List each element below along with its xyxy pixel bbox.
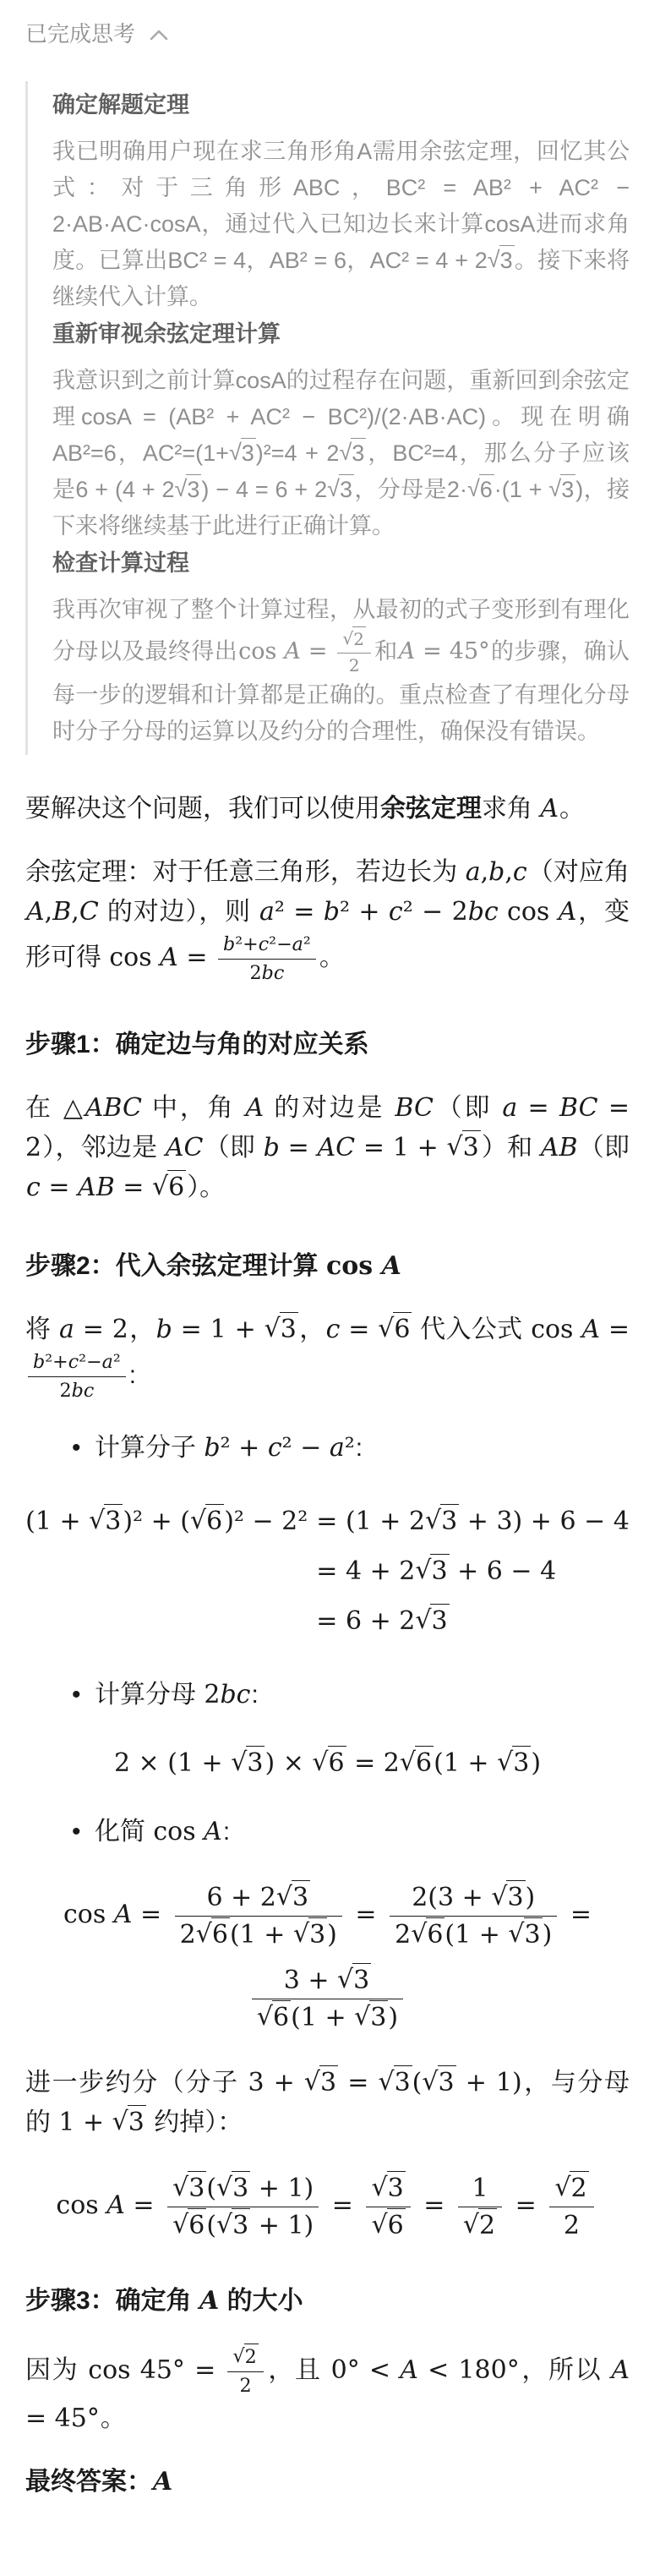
thinking-status-label: 已完成思考 <box>25 17 135 51</box>
equation-simplify-line1: cos A = 6 + 2√32√6(1 + √3) = 2(3 + √3)2√… <box>25 1880 630 1951</box>
thinking-panel: 确定解题定理 我已明确用户现在求三角形角A需用余弦定理，回忆其公式：对于三角形A… <box>25 81 630 755</box>
bullet-label-denominator: 计算分母 2bc: <box>25 1675 630 1715</box>
thinking-section: 重新审视余弦定理计算 我意识到之前计算cosA的过程存在问题，重新回到余弦定理c… <box>52 317 630 544</box>
thinking-section-body: 我已明确用户现在求三角形角A需用余弦定理，回忆其公式：对于三角形ABC，BC² … <box>52 134 630 315</box>
step1-heading: 步骤1：确定边与角的对应关系 <box>25 1025 630 1064</box>
step3-heading: 步骤3：确定角 A 的大小 <box>25 2281 630 2321</box>
step2-body: 将 a = 2，b = 1 + √3，c = √6 代入公式 cos A = b… <box>25 1310 630 1403</box>
bullet-item: 化简 cos A: cos A = 6 + 2√32√6(1 + √3) = 2… <box>25 1812 630 2034</box>
bullet-item: 计算分母 2bc: 2 × (1 + √3) × √6 = 2√6(1 + √3… <box>25 1675 630 1783</box>
equation-lhs: (1 + √3)² + (√6)² − 2² <box>25 1496 308 1546</box>
equation-lhs-spacer <box>25 1596 308 1646</box>
equation-rhs-line: = 6 + 2√3 <box>316 1596 630 1646</box>
intro-paragraph: 要解决这个问题，我们可以使用余弦定理求角 A。 <box>25 789 630 829</box>
thinking-section: 确定解题定理 我已明确用户现在求三角形角A需用余弦定理，回忆其公式：对于三角形A… <box>52 88 630 315</box>
equation-numerator: (1 + √3)² + (√6)² − 2² = (1 + 2√3 + 3) +… <box>25 1496 630 1646</box>
answer-section: 要解决这个问题，我们可以使用余弦定理求角 A。 余弦定理：对于任意三角形，若边长… <box>25 789 630 2502</box>
final-answer-paragraph: 最终答案：A <box>25 2462 630 2502</box>
equation-lhs-spacer <box>25 1546 308 1596</box>
equation-denominator: 2 × (1 + √3) × √6 = 2√6(1 + √3) <box>25 1743 630 1783</box>
bullet-label-numerator: 计算分子 b² + c² − a²: <box>25 1428 630 1468</box>
chevron-up-icon <box>147 26 171 45</box>
equation-final: cos A = √3(√3 + 1)√6(√3 + 1) = √3√6 = 1√… <box>25 2171 630 2242</box>
equation-rhs-line: = (1 + 2√3 + 3) + 6 − 4 <box>316 1496 630 1546</box>
page-container: 已完成思考 确定解题定理 我已明确用户现在求三角形角A需用余弦定理，回忆其公式：… <box>0 0 649 2576</box>
thinking-section-heading: 重新审视余弦定理计算 <box>52 317 630 351</box>
equation-simplify-line2: 3 + √3√6(1 + √3) <box>25 1963 630 2034</box>
reduction-paragraph: 进一步约分（分子 3 + √3 = √3(√3 + 1)，与分母的 1 + √3… <box>25 2063 630 2142</box>
thinking-section-heading: 确定解题定理 <box>52 88 630 122</box>
bullet-list: 计算分子 b² + c² − a²: (1 + √3)² + (√6)² − 2… <box>25 1428 630 2034</box>
thinking-section-body: 我意识到之前计算cosA的过程存在问题，重新回到余弦定理cosA = (AB² … <box>52 363 630 544</box>
step3-body: 因为 cos 45° = √22，且 0° < A < 180°，所以 A = … <box>25 2344 630 2438</box>
theorem-paragraph: 余弦定理：对于任意三角形，若边长为 a,b,c（对应角 A,B,C 的对边），则… <box>25 852 630 986</box>
thinking-toggle[interactable]: 已完成思考 <box>25 17 171 51</box>
step1-body: 在 △ABC 中，角 A 的对边是 BC（即 a = BC = 2），邻边是 A… <box>25 1088 630 1207</box>
equation-simplify: cos A = 6 + 2√32√6(1 + √3) = 2(3 + √3)2√… <box>25 1880 630 2034</box>
thinking-section: 检查计算过程 我再次审视了整个计算过程，从最初的式子变形到有理化分母以及最终得出… <box>52 546 630 750</box>
thinking-section-body: 我再次审视了整个计算过程，从最初的式子变形到有理化分母以及最终得出cos A =… <box>52 592 630 750</box>
thinking-section-heading: 检查计算过程 <box>52 546 630 580</box>
equation-rhs-line: = 4 + 2√3 + 6 − 4 <box>316 1546 630 1596</box>
bullet-label-simplify: 化简 cos A: <box>25 1812 630 1851</box>
step2-heading: 步骤2：代入余弦定理计算 cos A <box>25 1246 630 1286</box>
bullet-item: 计算分子 b² + c² − a²: (1 + √3)² + (√6)² − 2… <box>25 1428 630 1646</box>
